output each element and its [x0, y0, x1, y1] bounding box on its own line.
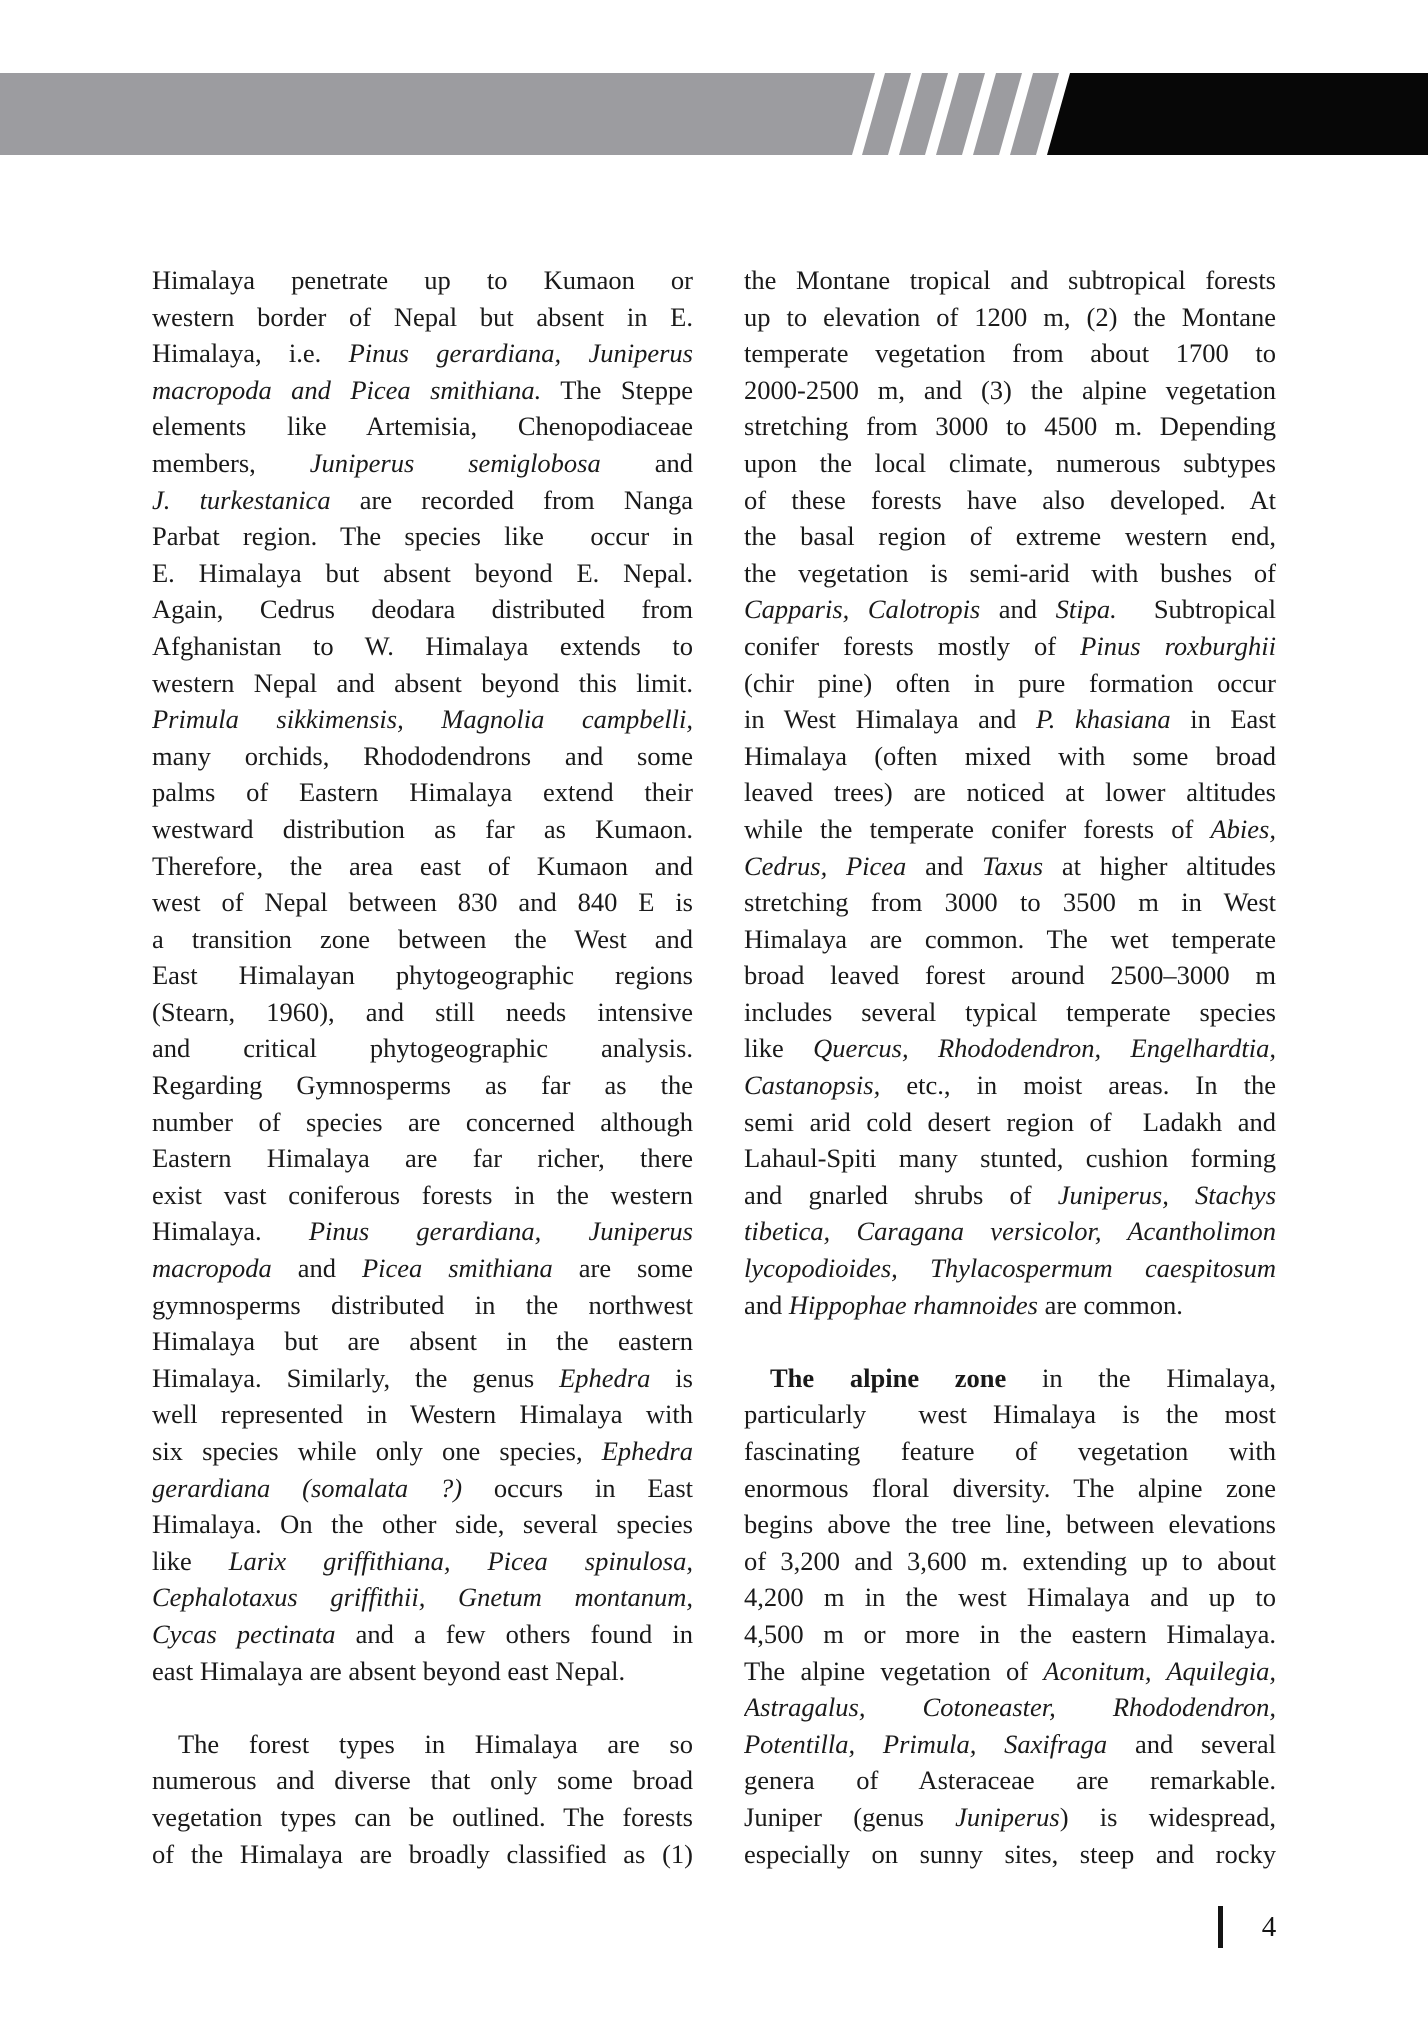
body-text: ) is widespread, [1060, 1802, 1276, 1832]
body-text: of these forests have also developed. At [744, 485, 1276, 515]
footer-rule [1218, 1906, 1223, 1948]
body-text: are some [553, 1253, 693, 1283]
body-text: and [272, 1253, 362, 1283]
italic-text: Taxus [982, 851, 1043, 881]
text-line: and gnarled shrubs of Juniperus, Stachys [744, 1177, 1276, 1214]
body-text: exist vast coniferous forests in the wes… [152, 1180, 693, 1210]
body-text: 4,500 m or more in the eastern Himalaya. [744, 1619, 1276, 1649]
body-text: and [601, 448, 693, 478]
italic-text: macropoda and Picea smithiana. [152, 375, 541, 405]
header-black-band [1047, 73, 1428, 155]
text-line: fascinating feature of vegetation with [744, 1433, 1276, 1470]
header-gray-band [0, 73, 875, 155]
text-line: Afghanistan to W. Himalaya extends to [152, 628, 693, 665]
text-column-right: the Montane tropical and subtropical for… [744, 262, 1276, 1872]
body-text: The forest types in Himalaya are so [178, 1729, 693, 1759]
text-line: of the Himalaya are broadly classified a… [152, 1836, 693, 1873]
text-line: Potentilla, Primula, Saxifraga and sever… [744, 1726, 1276, 1763]
body-text: at higher altitudes [1043, 851, 1276, 881]
italic-text: lycopodioides, Thylacospermum caespitosu… [744, 1253, 1276, 1283]
body-text: in East [1171, 704, 1276, 734]
body-text: many orchids, Rhododendrons and some [152, 741, 693, 771]
body-text: Again, Cedrus deodara distributed from [152, 594, 693, 624]
text-line: Himalaya. Pinus gerardiana, Juniperus [152, 1213, 693, 1250]
body-text: occurs in East [462, 1473, 693, 1503]
italic-text: Castanopsis, [744, 1070, 880, 1100]
text-line: Cycas pectinata and a few others found i… [152, 1616, 693, 1653]
italic-text: Picea smithiana [362, 1253, 553, 1283]
body-text: of 3,200 and 3,600 m. extending up to ab… [744, 1546, 1276, 1576]
text-line: Cedrus, Picea and Taxus at higher altitu… [744, 848, 1276, 885]
body-text: Subtropical [1117, 594, 1276, 624]
body-text: 2000-2500 m, and (3) the alpine vegetati… [744, 375, 1276, 405]
body-text: temperate vegetation from about 1700 to [744, 338, 1276, 368]
body-text: westward distribution as far as Kumaon. [152, 814, 693, 844]
text-line: in West Himalaya and P. khasiana in East [744, 701, 1276, 738]
body-text: 4,200 m in the west Himalaya and up to [744, 1582, 1276, 1612]
text-line: Primula sikkimensis, Magnolia campbelli, [152, 701, 693, 738]
body-text: and [980, 594, 1055, 624]
text-line: gymnosperms distributed in the northwest [152, 1287, 693, 1324]
text-line: begins above the tree line, between elev… [744, 1506, 1276, 1543]
text-line: Himalaya, i.e. Pinus gerardiana, Juniper… [152, 335, 693, 372]
text-line: Himalaya. On the other side, several spe… [152, 1506, 693, 1543]
body-text: numerous and diverse that only some broa… [152, 1765, 693, 1795]
body-text: Himalaya but are absent in the eastern [152, 1326, 693, 1356]
paragraph-gap [744, 1323, 1276, 1360]
body-text: Lahaul-Spiti many stunted, cushion formi… [744, 1143, 1276, 1173]
body-text: up to elevation of 1200 m, (2) the Monta… [744, 302, 1276, 332]
text-line: elements like Artemisia, Chenopodiaceae [152, 408, 693, 445]
body-text: vegetation types can be outlined. The fo… [152, 1802, 693, 1832]
text-line: Himalaya. Similarly, the genus Ephedra i… [152, 1360, 693, 1397]
body-text: genera of Asteraceae are remarkable. [744, 1765, 1276, 1795]
body-text: and [744, 1290, 789, 1320]
text-line: Castanopsis, etc., in moist areas. In th… [744, 1067, 1276, 1104]
italic-text: Potentilla, Primula, Saxifraga [744, 1729, 1107, 1759]
body-text: broad leaved forest around 2500–3000 m [744, 960, 1276, 990]
text-line: Again, Cedrus deodara distributed from [152, 591, 693, 628]
body-text: stretching from 3000 to 4500 m. Dependin… [744, 411, 1276, 441]
text-line: Himalaya penetrate up to Kumaon or [152, 262, 693, 299]
page: Himalaya penetrate up to Kumaon orwester… [0, 0, 1428, 2028]
body-text: number of species are concerned although [152, 1107, 693, 1137]
body-text: Himalaya penetrate up to Kumaon or [152, 265, 693, 295]
body-text: in West Himalaya and [744, 704, 1036, 734]
text-line: The alpine zone in the Himalaya, [744, 1360, 1276, 1397]
italic-text: Juniperus, Stachys [1058, 1180, 1276, 1210]
body-text: Himalaya are common. The wet temperate [744, 924, 1276, 954]
text-line: six species while only one species, Ephe… [152, 1433, 693, 1470]
text-line: genera of Asteraceae are remarkable. [744, 1762, 1276, 1799]
text-line: and Hippophae rhamnoides are common. [744, 1287, 1276, 1324]
text-line: the basal region of extreme western end, [744, 518, 1276, 555]
text-line: broad leaved forest around 2500–3000 m [744, 957, 1276, 994]
text-line: Regarding Gymnosperms as far as the [152, 1067, 693, 1104]
text-line: East Himalayan phytogeographic regions [152, 957, 693, 994]
text-line: includes several typical temperate speci… [744, 994, 1276, 1031]
text-line: stretching from 3000 to 3500 m in West [744, 884, 1276, 921]
italic-text: Astragalus, Cotoneaster, Rhododendron, [744, 1692, 1276, 1722]
body-text: Himalaya (often mixed with some broad [744, 741, 1276, 771]
body-text: gymnosperms distributed in the northwest [152, 1290, 693, 1320]
body-text: Himalaya. On the other side, several spe… [152, 1509, 693, 1539]
italic-text: Capparis, Calotropis [744, 594, 980, 624]
body-text: six species while only one species, [152, 1436, 602, 1466]
body-text: a transition zone between the West and [152, 924, 693, 954]
body-text: conifer forests mostly of [744, 631, 1080, 661]
text-line: up to elevation of 1200 m, (2) the Monta… [744, 299, 1276, 336]
body-text: Afghanistan to W. Himalaya extends to [152, 631, 693, 661]
text-line: The forest types in Himalaya are so [152, 1726, 693, 1763]
text-line: many orchids, Rhododendrons and some [152, 738, 693, 775]
italic-text: Primula sikkimensis, Magnolia campbelli, [152, 704, 693, 734]
body-text: western Nepal and absent beyond this lim… [152, 668, 693, 698]
paragraph-gap [152, 1689, 693, 1726]
body-text: The alpine vegetation of [744, 1656, 1043, 1686]
body-text: and several [1107, 1729, 1276, 1759]
body-text: members, [152, 448, 310, 478]
text-line: numerous and diverse that only some broa… [152, 1762, 693, 1799]
body-text: of the Himalaya are broadly classified a… [152, 1839, 693, 1869]
text-line: 4,500 m or more in the eastern Himalaya. [744, 1616, 1276, 1653]
text-line: western Nepal and absent beyond this lim… [152, 665, 693, 702]
text-line: of these forests have also developed. At [744, 482, 1276, 519]
body-text: especially on sunny sites, steep and roc… [744, 1839, 1276, 1869]
text-line: E. Himalaya but absent beyond E. Nepal. [152, 555, 693, 592]
italic-text: Ephedra [559, 1363, 650, 1393]
italic-text: Abies, [1211, 814, 1277, 844]
page-number: 4 [1249, 1906, 1289, 1948]
text-line: exist vast coniferous forests in the wes… [152, 1177, 693, 1214]
italic-text: Hippophae rhamnoides [789, 1290, 1038, 1320]
text-line: Himalaya (often mixed with some broad [744, 738, 1276, 775]
body-text: are recorded from Nanga [331, 485, 693, 515]
text-line: and critical phytogeographic analysis. [152, 1030, 693, 1067]
text-line: palms of Eastern Himalaya extend their [152, 774, 693, 811]
italic-text: gerardiana (somalata ?) [152, 1473, 462, 1503]
body-text: western border of Nepal but absent in E. [152, 302, 693, 332]
text-line: Therefore, the area east of Kumaon and [152, 848, 693, 885]
body-text: Therefore, the area east of Kumaon and [152, 851, 693, 881]
body-text: fascinating feature of vegetation with [744, 1436, 1276, 1466]
body-text: (Stearn, 1960), and still needs intensiv… [152, 997, 693, 1027]
text-line: west of Nepal between 830 and 840 E is [152, 884, 693, 921]
body-text: Himalaya. Similarly, the genus [152, 1363, 559, 1393]
body-text: Regarding Gymnosperms as far as the [152, 1070, 693, 1100]
body-text: and [906, 851, 982, 881]
italic-text: Juniperus semiglobosa [310, 448, 601, 478]
text-line: the vegetation is semi-arid with bushes … [744, 555, 1276, 592]
body-text: palms of Eastern Himalaya extend their [152, 777, 693, 807]
body-text: and critical phytogeographic analysis. [152, 1033, 693, 1063]
text-line: J. turkestanica are recorded from Nanga [152, 482, 693, 519]
body-text: The Steppe [541, 375, 693, 405]
italic-text: Cedrus, Picea [744, 851, 906, 881]
text-line: 4,200 m in the west Himalaya and up to [744, 1579, 1276, 1616]
text-line: especially on sunny sites, steep and roc… [744, 1836, 1276, 1873]
text-line: gerardiana (somalata ?) occurs in East [152, 1470, 693, 1507]
italic-text: Cephalotaxus griffithii, Gnetum montanum… [152, 1582, 693, 1612]
text-line: Juniper (genus Juniperus) is widespread, [744, 1799, 1276, 1836]
body-text: (chir pine) often in pure formation occu… [744, 668, 1276, 698]
body-text: well represented in Western Himalaya wit… [152, 1399, 693, 1429]
text-line: 2000-2500 m, and (3) the alpine vegetati… [744, 372, 1276, 409]
body-text: includes several typical temperate speci… [744, 997, 1276, 1027]
body-text: E. Himalaya but absent beyond E. Nepal. [152, 558, 693, 588]
body-text: semi arid cold desert region of Ladakh a… [744, 1107, 1276, 1137]
text-line: westward distribution as far as Kumaon. [152, 811, 693, 848]
text-line: particularly west Himalaya is the most [744, 1396, 1276, 1433]
text-line: vegetation types can be outlined. The fo… [152, 1799, 693, 1836]
body-text: like [152, 1546, 229, 1576]
body-text: stretching from 3000 to 3500 m in West [744, 887, 1276, 917]
body-text: like [744, 1033, 813, 1063]
italic-text: tibetica, Caragana versicolor, Acantholi… [744, 1216, 1276, 1246]
body-text: enormous floral diversity. The alpine zo… [744, 1473, 1276, 1503]
body-text: east Himalaya are absent beyond east Nep… [152, 1656, 625, 1686]
text-line: tibetica, Caragana versicolor, Acantholi… [744, 1213, 1276, 1250]
italic-text: macropoda [152, 1253, 272, 1283]
body-text: and a few others found in [335, 1619, 693, 1649]
text-line: number of species are concerned although [152, 1104, 693, 1141]
body-text: etc., in moist areas. In the [880, 1070, 1276, 1100]
body-text: while the temperate conifer forests of [744, 814, 1211, 844]
body-text: west of Nepal between 830 and 840 E is [152, 887, 693, 917]
text-line: well represented in Western Himalaya wit… [152, 1396, 693, 1433]
body-text: the Montane tropical and subtropical for… [744, 265, 1276, 295]
text-line: macropoda and Picea smithiana are some [152, 1250, 693, 1287]
text-line: east Himalaya are absent beyond east Nep… [152, 1653, 693, 1690]
body-text: leaved trees) are noticed at lower altit… [744, 777, 1276, 807]
text-line: Lahaul-Spiti many stunted, cushion formi… [744, 1140, 1276, 1177]
body-text: Parbat region. The species like occur in [152, 521, 693, 551]
text-line: semi arid cold desert region of Ladakh a… [744, 1104, 1276, 1141]
text-line: Eastern Himalaya are far richer, there [152, 1140, 693, 1177]
text-line: Cephalotaxus griffithii, Gnetum montanum… [152, 1579, 693, 1616]
text-line: western border of Nepal but absent in E. [152, 299, 693, 336]
italic-text: Ephedra [602, 1436, 693, 1466]
bold-text: The alpine zone [770, 1363, 1006, 1393]
italic-text: Aconitum, Aquilegia, [1043, 1656, 1276, 1686]
body-text: elements like Artemisia, Chenopodiaceae [152, 411, 693, 441]
body-text: Eastern Himalaya are far richer, there [152, 1143, 693, 1173]
body-text: Himalaya. [152, 1216, 309, 1246]
italic-text: Pinus gerardiana, Juniperus [309, 1216, 693, 1246]
text-line: Capparis, Calotropis and Stipa. Subtropi… [744, 591, 1276, 628]
text-line: while the temperate conifer forests of A… [744, 811, 1276, 848]
body-text: is [650, 1363, 693, 1393]
body-text: particularly west Himalaya is the most [744, 1399, 1276, 1429]
text-line: of 3,200 and 3,600 m. extending up to ab… [744, 1543, 1276, 1580]
body-text: the basal region of extreme western end, [744, 521, 1276, 551]
text-line: macropoda and Picea smithiana. The Stepp… [152, 372, 693, 409]
text-line: lycopodioides, Thylacospermum caespitosu… [744, 1250, 1276, 1287]
text-line: members, Juniperus semiglobosa and [152, 445, 693, 482]
italic-text: Juniperus [955, 1802, 1060, 1832]
italic-text: Pinus roxburghii [1080, 631, 1276, 661]
body-text: Juniper (genus [744, 1802, 955, 1832]
text-line: like Quercus, Rhododendron, Engelhardtia… [744, 1030, 1276, 1067]
text-line: (Stearn, 1960), and still needs intensiv… [152, 994, 693, 1031]
text-line: stretching from 3000 to 4500 m. Dependin… [744, 408, 1276, 445]
text-column-left: Himalaya penetrate up to Kumaon orwester… [152, 262, 693, 1872]
body-text: begins above the tree line, between elev… [744, 1509, 1276, 1539]
text-line: a transition zone between the West and [152, 921, 693, 958]
text-line: temperate vegetation from about 1700 to [744, 335, 1276, 372]
italic-text: Larix griffithiana, Picea spinulosa, [229, 1546, 693, 1576]
text-line: Himalaya are common. The wet temperate [744, 921, 1276, 958]
body-text: East Himalayan phytogeographic regions [152, 960, 693, 990]
italic-text: Pinus gerardiana, Juniperus [349, 338, 693, 368]
text-line: The alpine vegetation of Aconitum, Aquil… [744, 1653, 1276, 1690]
italic-text: Stipa. [1056, 594, 1117, 624]
italic-text: P. khasiana [1036, 704, 1171, 734]
body-text: upon the local climate, numerous subtype… [744, 448, 1276, 478]
text-line: Astragalus, Cotoneaster, Rhododendron, [744, 1689, 1276, 1726]
body-text: and gnarled shrubs of [744, 1180, 1058, 1210]
text-line: Parbat region. The species like occur in [152, 518, 693, 555]
text-line: the Montane tropical and subtropical for… [744, 262, 1276, 299]
italic-text: Cycas pectinata [152, 1619, 335, 1649]
header-band [0, 73, 1428, 155]
body-text: are common. [1038, 1290, 1183, 1320]
text-line: enormous floral diversity. The alpine zo… [744, 1470, 1276, 1507]
text-line: leaved trees) are noticed at lower altit… [744, 774, 1276, 811]
text-line: upon the local climate, numerous subtype… [744, 445, 1276, 482]
text-line: (chir pine) often in pure formation occu… [744, 665, 1276, 702]
body-text: in the Himalaya, [1006, 1363, 1276, 1393]
italic-text: J. turkestanica [152, 485, 331, 515]
body-text: the vegetation is semi-arid with bushes … [744, 558, 1276, 588]
body-text: Himalaya, i.e. [152, 338, 349, 368]
text-line: conifer forests mostly of Pinus roxburgh… [744, 628, 1276, 665]
text-line: Himalaya but are absent in the eastern [152, 1323, 693, 1360]
italic-text: Quercus, Rhododendron, Engelhardtia, [813, 1033, 1276, 1063]
text-line: like Larix griffithiana, Picea spinulosa… [152, 1543, 693, 1580]
